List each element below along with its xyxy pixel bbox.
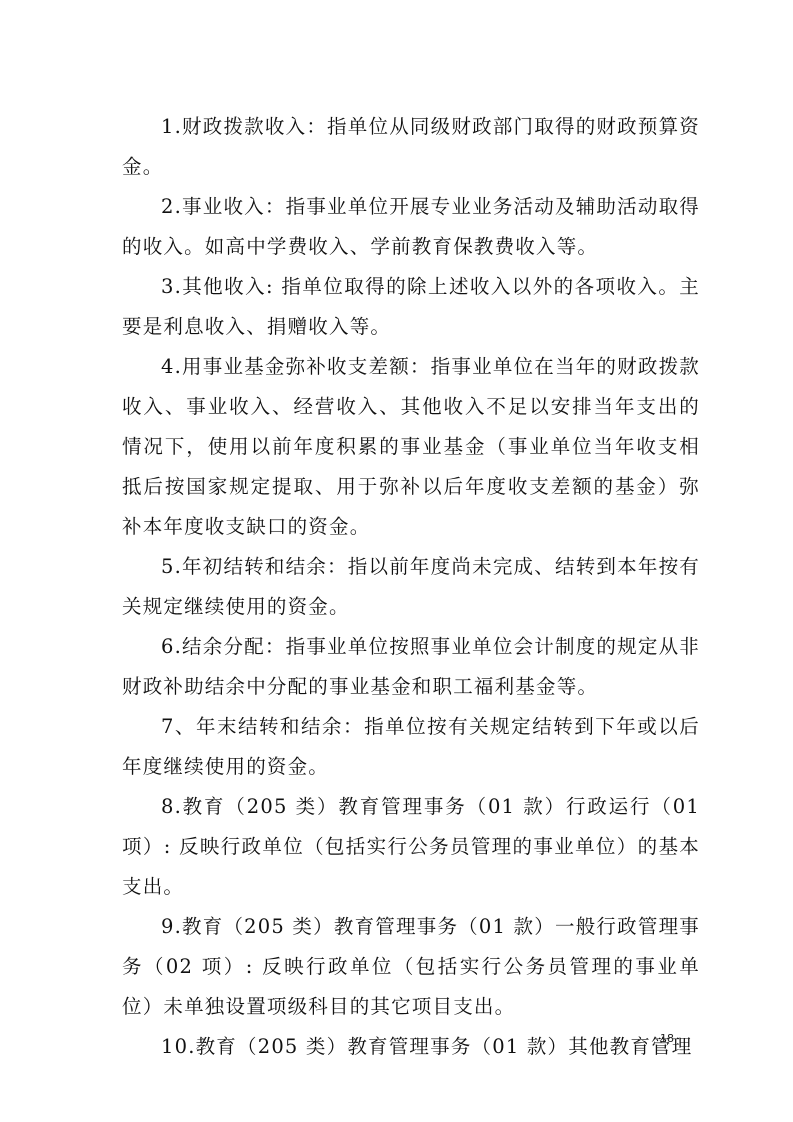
- document-body: 1.财政拨款收入：指单位从同级财政部门取得的财政预算资金。 2.事业收入：指事业…: [122, 107, 700, 1067]
- paragraph-4: 4.用事业基金弥补收支差额：指事业单位在当年的财政拨款收入、事业收入、经营收入、…: [122, 347, 700, 547]
- paragraph-3: 3.其他收入: 指单位取得的除上述收入以外的各项收入。主要是利息收入、捐赠收入等…: [122, 267, 700, 347]
- paragraph-1: 1.财政拨款收入：指单位从同级财政部门取得的财政预算资金。: [122, 107, 700, 187]
- paragraph-2: 2.事业收入：指事业单位开展专业业务活动及辅助活动取得的收入。如高中学费收入、学…: [122, 187, 700, 267]
- paragraph-6: 6.结余分配：指事业单位按照事业单位会计制度的规定从非财政补助结余中分配的事业基…: [122, 627, 700, 707]
- page-number: 18: [660, 1032, 674, 1045]
- paragraph-8: 8.教育（205 类）教育管理事务（01 款）行政运行（01 项）: 反映行政单…: [122, 787, 700, 907]
- paragraph-5: 5.年初结转和结余：指以前年度尚未完成、结转到本年按有关规定继续使用的资金。: [122, 547, 700, 627]
- paragraph-10: 10.教育（205 类）教育管理事务（01 款）其他教育管理: [122, 1027, 700, 1067]
- paragraph-7: 7、年末结转和结余：指单位按有关规定结转到下年或以后年度继续使用的资金。: [122, 707, 700, 787]
- paragraph-9: 9.教育（205 类）教育管理事务（01 款）一般行政管理事务（02 项）: 反…: [122, 907, 700, 1027]
